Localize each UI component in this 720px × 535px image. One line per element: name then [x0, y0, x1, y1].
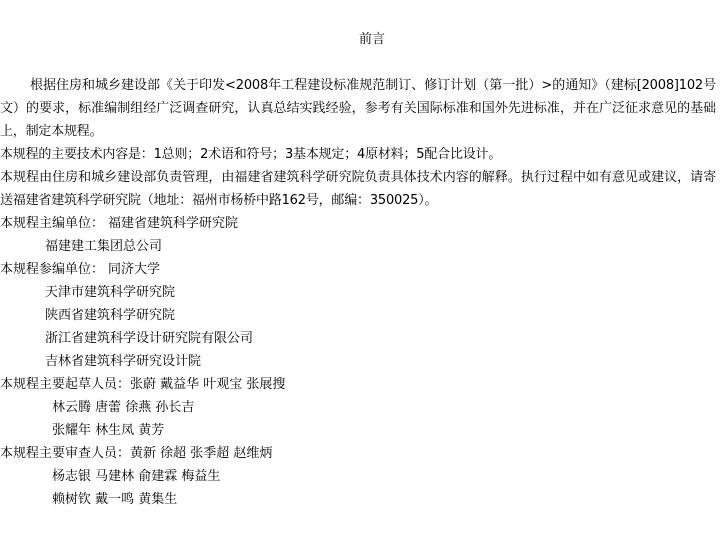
reviewers-label: 本规程主要审查人员：	[0, 446, 130, 461]
document-body: 根据住房和城乡建设部《关于印发<2008年工程建设标准规范制订、修订计划（第一批…	[0, 74, 716, 511]
drafters-names: 林云腾 唐蕾 徐燕 孙长吉	[0, 396, 716, 419]
reviewers-names: 黄新 徐超 张季超 赵维炳	[130, 446, 272, 461]
participating-unit: 吉林省建筑科学研究设计院	[0, 350, 716, 373]
drafters-line: 本规程主要起草人员：张蔚 戴益华 叶观宝 张展搜	[0, 373, 716, 396]
participating-units-label: 本规程参编单位：	[0, 262, 104, 277]
drafters-names: 张耀年 林生凤 黄芳	[0, 419, 716, 442]
intro-paragraph: 根据住房和城乡建设部《关于印发<2008年工程建设标准规范制订、修订计划（第一批…	[0, 74, 716, 143]
management-paragraph: 本规程由住房和城乡建设部负责管理，由福建省建筑科学研究院负责具体技术内容的解释。…	[0, 166, 716, 212]
participating-units-line: 本规程参编单位：同济大学	[0, 258, 716, 281]
participating-unit: 浙江省建筑科学设计研究院有限公司	[0, 327, 716, 350]
main-content-paragraph: 本规程的主要技术内容是：1总则；2术语和符号；3基本规定；4原材料；5配合比设计…	[0, 143, 716, 166]
reviewers-names: 赖树钦 戴一鸣 黄集生	[0, 488, 716, 511]
participating-unit: 陕西省建筑科学研究院	[0, 304, 716, 327]
chief-units-line: 本规程主编单位：福建省建筑科学研究院	[0, 212, 716, 235]
document-title: 前言	[0, 31, 720, 49]
reviewers-line: 本规程主要审查人员：黄新 徐超 张季超 赵维炳	[0, 442, 716, 465]
participating-unit: 同济大学	[108, 262, 160, 277]
chief-units-label: 本规程主编单位：	[0, 216, 104, 231]
chief-unit: 福建建工集团总公司	[0, 235, 716, 258]
drafters-label: 本规程主要起草人员：	[0, 377, 130, 392]
reviewers-names: 杨志银 马建林 俞建霖 梅益生	[0, 465, 716, 488]
drafters-names: 张蔚 戴益华 叶观宝 张展搜	[130, 377, 285, 392]
participating-unit: 天津市建筑科学研究院	[0, 281, 716, 304]
chief-unit: 福建省建筑科学研究院	[108, 216, 238, 231]
